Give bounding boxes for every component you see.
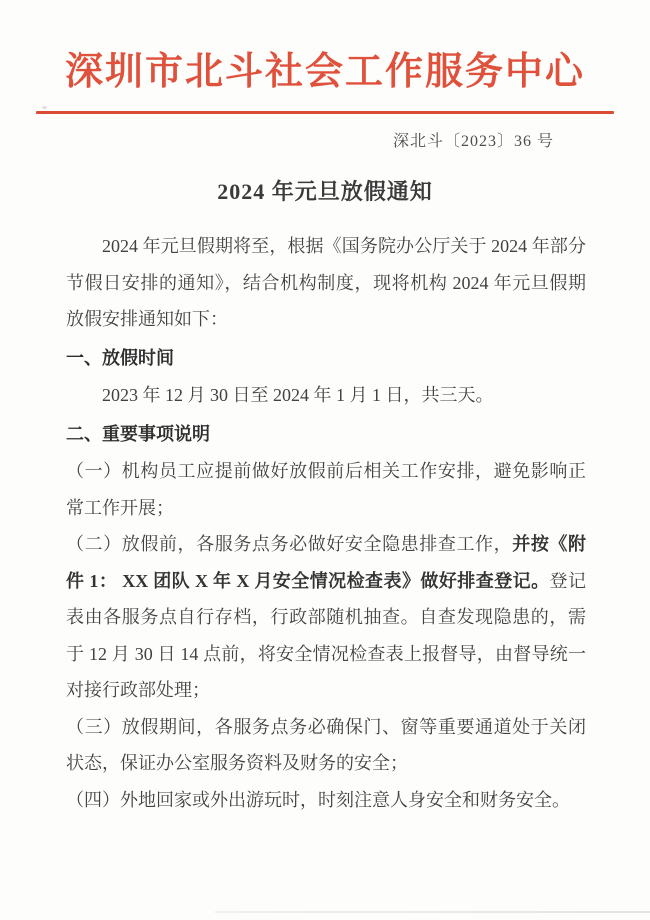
red-divider-line xyxy=(36,111,614,114)
section-2-item-2: （二）放假前，各服务点务必做好安全隐患排查工作，并按《附件 1： XX 团队 X… xyxy=(66,526,586,709)
notice-body: 2024 年元旦假期将至，根据《国务院办公厅关于 2024 年部分节假日安排的通… xyxy=(66,228,586,818)
org-name-header: 深圳市北斗社会工作服务中心 xyxy=(0,40,650,95)
section-2-item-3: （三）放假期间，各服务点务必确保门、窗等重要通道处于关闭状态，保证办公室服务资料… xyxy=(66,709,586,782)
section-1-text: 2023 年 12 月 30 日至 2024 年 1 月 1 日，共三天。 xyxy=(66,377,586,414)
section-2-item-4: （四）外地回家或外出游玩时，时刻注意人身安全和财务安全。 xyxy=(66,782,586,819)
scan-speck xyxy=(42,106,47,109)
scan-artifact-line xyxy=(215,911,650,913)
notice-title: 2024 年元旦放假通知 xyxy=(0,175,650,206)
doc-number: 深北斗〔2023〕36 号 xyxy=(0,128,554,151)
section-2-item-1: （一）机构员工应提前做好放假前后相关工作安排，避免影响正常工作开展； xyxy=(66,453,586,526)
intro-paragraph: 2024 年元旦假期将至，根据《国务院办公厅关于 2024 年部分节假日安排的通… xyxy=(66,228,586,338)
document-page: 深圳市北斗社会工作服务中心 深北斗〔2023〕36 号 2024 年元旦放假通知… xyxy=(0,0,650,920)
item-2-regular-pre: （二）放假前，各服务点务必做好安全隐患排查工作， xyxy=(66,534,512,554)
section-1-heading: 一、放假时间 xyxy=(66,340,586,377)
section-2-heading: 二、重要事项说明 xyxy=(66,416,586,453)
